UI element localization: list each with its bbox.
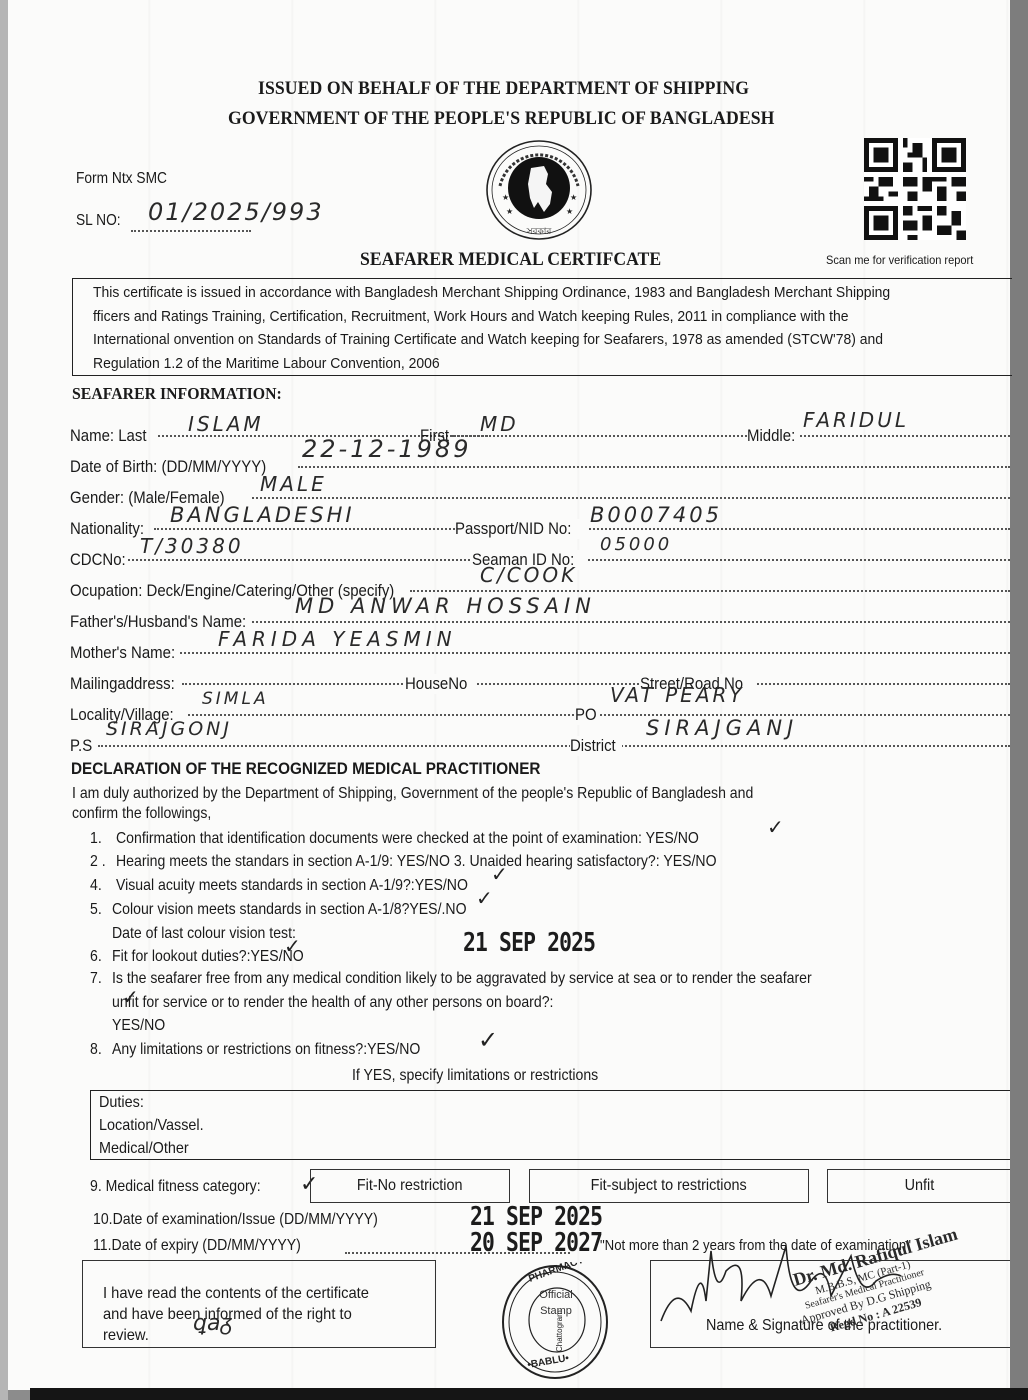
svg-text:★: ★	[570, 193, 577, 202]
practitioner-signature-box: Name & Signature of the practitioner. Dr…	[650, 1260, 1010, 1348]
mailing-row: Mailingaddress: HouseNo Street/Road No	[70, 666, 1010, 688]
qr-code-icon[interactable]	[864, 138, 966, 240]
svg-text:★: ★	[502, 193, 509, 202]
declaration-item-5: 5.Colour vision meets standards in secti…	[90, 901, 515, 919]
sl-label: SL NO:	[76, 212, 121, 230]
ps-row: P.S SIRAJGONJ District SIRAJGANJ	[70, 728, 1010, 750]
po-value: VAT PEARY	[610, 683, 745, 707]
qr-caption: Scan me for verification report	[826, 253, 986, 267]
cdc-value: T/30380	[140, 534, 244, 558]
acknowledgement-box: I have read the contents of the certific…	[82, 1260, 436, 1348]
header-line-2: GOVERNMENT OF THE PEOPLE'S REPUBLIC OF B…	[228, 108, 775, 130]
legal-basis-line: Regulation 1.2 of the Maritime Labour Co…	[93, 352, 948, 376]
nationality-value: BANGLADESHI	[170, 503, 355, 527]
ps-label: P.S	[70, 736, 95, 756]
legal-basis-box: This certificate is issued in accordance…	[72, 278, 1012, 376]
limit-duties: Duties:	[99, 1091, 1010, 1114]
mother-row: Mother's Name: FARIDA YEASMIN	[70, 635, 1010, 657]
last-name-value: ISLAM	[188, 412, 264, 436]
district-label: District	[570, 736, 622, 756]
sl-value: 01/2025/993	[148, 198, 324, 226]
legal-basis-line: International onvention on Standards of …	[93, 328, 948, 352]
dob-value: 22-12-1989	[302, 435, 471, 463]
locality-row: Locality/Village: SIMLA PO VAT PEARY	[70, 697, 1010, 719]
mailing-address-label: Mailingaddress:	[70, 674, 189, 694]
dob-row: Date of Birth: (DD/MM/YYYY) 22-12-1989	[70, 449, 1010, 471]
declaration-item-7-answer: YES/NO	[112, 1017, 172, 1035]
father-row: Father's/Husband's Name: MD ANWAR HOSSAI…	[70, 604, 1010, 626]
passport-label: Passport/NID No:	[455, 519, 587, 539]
father-name-value: MD ANWAR HOSSAIN	[295, 594, 596, 618]
po-label: PO	[575, 705, 600, 725]
exam-date-label: 10.Date of examination/Issue (DD/MM/YYYY…	[93, 1211, 417, 1229]
declaration-item-1: 1.Confirmation that identification docum…	[90, 830, 778, 848]
declaration-item-4: 4.Visual acuity meets standards in secti…	[90, 877, 516, 895]
expiry-date-stamp: 20 SEP 2027	[470, 1228, 602, 1258]
first-name-value: MD	[480, 412, 519, 436]
checkmark-icon: ✓	[476, 886, 493, 910]
declaration-item-7: 7.Is the seafarer free from any medical …	[90, 970, 907, 988]
cdc-row: CDCNo: T/30380 Seaman ID No: 05000	[70, 542, 1010, 564]
legal-basis-line: fficers and Ratings Training, Certificat…	[93, 305, 948, 329]
passport-value: B0007405	[590, 503, 722, 527]
acknowledgement-text: I have read the contents of the certific…	[103, 1283, 397, 1346]
form-code: Form Ntx SMC	[76, 170, 182, 188]
limit-location: Location/Vassel.	[99, 1114, 1010, 1137]
official-stamp: Official Stamp PHARMACY •BABLU• Chattogr…	[500, 1262, 610, 1380]
declaration-item-8: 8.Any limitations or restrictions on fit…	[90, 1041, 462, 1059]
limits-heading: If YES, specify limitations or restricti…	[352, 1067, 632, 1085]
seafarer-signature: ꝗaᵹ	[193, 1313, 233, 1334]
checkmark-icon: ✓	[284, 934, 301, 958]
seafarer-section-title: SEAFARER INFORMATION:	[72, 384, 298, 404]
limitations-box: Duties: Location/Vassel. Medical/Other	[90, 1090, 1010, 1160]
seaman-id-value: 05000	[600, 534, 672, 555]
svg-text:★: ★	[566, 207, 573, 216]
legal-basis-line: This certificate is issued in accordance…	[93, 281, 948, 305]
occupation-row: Ocupation: Deck/Engine/Catering/Other (s…	[70, 573, 1010, 595]
declaration-item-2: 2 .Hearing meets the standars in section…	[90, 853, 798, 871]
svg-text:Chattogram: Chattogram	[555, 1310, 564, 1352]
mother-name-label: Mother's Name:	[70, 643, 189, 663]
checkmark-icon: ✓	[478, 1026, 498, 1054]
locality-value: SIMLA	[202, 689, 269, 709]
fitness-option-fit-no-restriction[interactable]: Fit-No restriction	[310, 1169, 510, 1203]
name-row: Name: Last ISLAM First MD Middle: FARIDU…	[70, 418, 1010, 440]
declaration-intro: I am duly authorized by the Department o…	[72, 785, 846, 803]
svg-text:সরকার: সরকার	[526, 226, 553, 236]
scan-edge-right	[1010, 0, 1028, 1400]
cdc-label: CDCNo:	[70, 550, 133, 570]
checkmark-icon: ✓	[767, 815, 784, 839]
nationality-row: Nationality: BANGLADESHI Passport/NID No…	[70, 511, 1010, 533]
certificate-title: SEAFARER MEDICAL CERTIFCATE	[360, 249, 684, 271]
last-name-label: Name: Last	[70, 426, 157, 446]
svg-text:PHARMACY: PHARMACY	[527, 1262, 585, 1285]
sl-number-row: SL NO: 01/2025/993	[76, 212, 128, 230]
government-seal-icon: সরকার ★ ★ ★ ★	[484, 138, 594, 242]
scan-shadow-bottom	[30, 1388, 1028, 1400]
middle-name-value: FARIDUL	[803, 408, 909, 432]
checkmark-icon: ✓	[491, 862, 508, 886]
fitness-category-label: 9. Medical fitness category:	[90, 1178, 284, 1196]
fitness-option-fit-subject-to-restrictions[interactable]: Fit-subject to restrictions	[529, 1169, 809, 1203]
expiry-date-label: 11.Date of expiry (DD/MM/YYYY)	[93, 1237, 329, 1255]
checkmark-icon: ✓	[122, 985, 139, 1009]
declaration-intro-2: confirm the followings,	[72, 805, 230, 823]
header-line-1: ISSUED ON BEHALF OF THE DEPARTMENT OF SH…	[258, 78, 749, 100]
fitness-option-unfit[interactable]: Unfit	[827, 1169, 1010, 1203]
district-value: SIRAJGANJ	[646, 716, 798, 740]
limit-medical: Medical/Other	[99, 1137, 1010, 1160]
house-no-label: HouseNo	[405, 674, 476, 694]
gender-row: Gender: (Male/Female) MALE	[70, 480, 1010, 502]
ps-value: SIRAJGONJ	[106, 718, 232, 740]
gender-value: MALE	[260, 472, 327, 496]
middle-name-label: Middle:	[747, 426, 802, 446]
declaration-title: DECLARATION OF THE RECOGNIZED MEDICAL PR…	[71, 759, 593, 779]
colour-test-date-stamp: 21 SEP 2025	[463, 928, 595, 958]
declaration-item-7-cont: unfit for service or to render the healt…	[112, 994, 614, 1012]
svg-text:★: ★	[506, 207, 513, 216]
mother-name-value: FARIDA YEASMIN	[218, 627, 457, 651]
occupation-value: C/COOK	[480, 563, 577, 587]
svg-text:•BABLU•: •BABLU•	[527, 1353, 571, 1371]
svg-text:Official: Official	[539, 1289, 572, 1301]
scan-edge-left	[0, 0, 8, 1400]
